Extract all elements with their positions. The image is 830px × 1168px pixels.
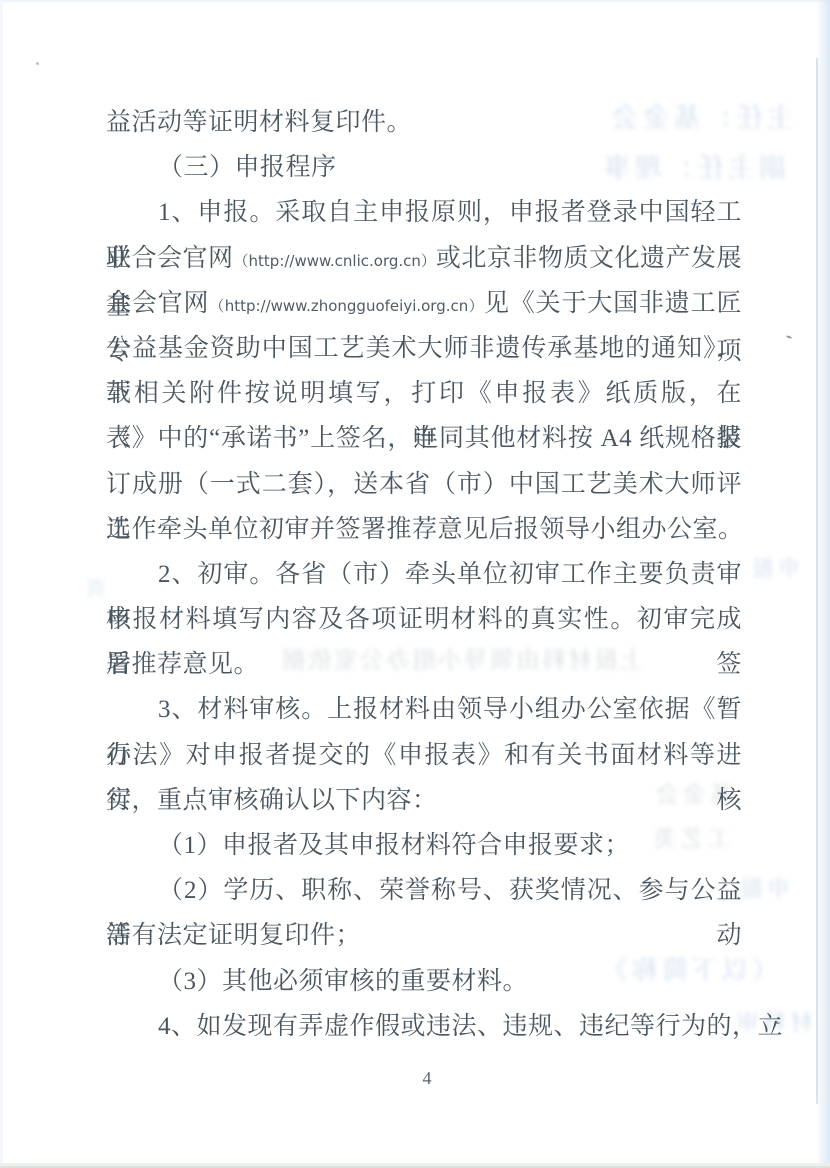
text-line: 载相关附件按说明填写，打印《申报表》纸质版，在《申报 bbox=[106, 371, 742, 416]
text-line: （三）申报程序 bbox=[106, 145, 742, 190]
text-line: 联合会官网（http://www.cnlic.org.cn）或北京非物质文化遗产… bbox=[106, 236, 742, 281]
text-line: 办法》对申报者提交的《申报表》和有关书面材料等进行核 bbox=[106, 733, 742, 778]
text-line: 工作牵头单位初审并签署推荐意见后报领导小组办公室。 bbox=[106, 507, 742, 552]
text-line: 申报材料填写内容及各项证明材料的真实性。初审完成后签 bbox=[106, 597, 742, 642]
scan-edge-shadow-line bbox=[816, 58, 818, 1104]
scan-edge-right bbox=[816, 0, 830, 1168]
text-line: （3）其他必须审核的重要材料。 bbox=[106, 959, 742, 1004]
bleedthrough-text: 申报 bbox=[748, 552, 800, 583]
text-line: （1）申报者及其申报材料符合申报要求； bbox=[106, 823, 742, 868]
bleedthrough-text: 申报 bbox=[736, 870, 790, 903]
document-page: 主任：基金会 副主任：理事 申报 上报材料由领导小组办公室依据 基金会 工艺美 … bbox=[0, 0, 830, 1168]
text-line: 益活动等证明材料复印件。 bbox=[106, 100, 742, 145]
bleedthrough-text: 页 bbox=[82, 572, 106, 601]
text-line: 2、初审。各省（市）牵头单位初审工作主要负责审核 bbox=[106, 552, 742, 597]
scan-edge-bottom bbox=[0, 1163, 830, 1168]
url-text: （http://www.zhongguofeiyi.org.cn） bbox=[209, 297, 484, 315]
text-line: 3、材料审核。上报材料由领导小组办公室依据《暂行 bbox=[106, 687, 742, 732]
url-text: （http://www.cnlic.org.cn） bbox=[234, 252, 436, 270]
text-line: 4、如发现有弄虚作假或违法、违规、违纪等行为的，立 bbox=[106, 1004, 742, 1049]
text-line: 公益基金资助中国工艺美术大师非遗传承基地的通知》，下 bbox=[106, 326, 742, 371]
text-line: 表》中的“承诺书”上签名，连同其他材料按 A4 纸规格装 bbox=[106, 416, 742, 461]
text-line: 金会官网（http://www.zhongguofeiyi.org.cn）见《关… bbox=[106, 281, 742, 326]
page-number: 4 bbox=[12, 1068, 830, 1089]
scan-speck bbox=[36, 62, 39, 65]
scan-edge-top bbox=[0, 0, 830, 2]
text-line: 订成册（一式二套），送本省（市）中国工艺美术大师评选 bbox=[106, 462, 742, 507]
scan-edge-left bbox=[0, 0, 3, 1168]
text-line: （2）学历、职称、荣誉称号、获奖情况、参与公益活动 bbox=[106, 868, 742, 913]
document-body: 益活动等证明材料复印件。（三）申报程序1、申报。采取自主申报原则，申报者登录中国… bbox=[106, 100, 742, 1049]
text-line: 1、申报。采取自主申报原则，申报者登录中国轻工业 bbox=[106, 190, 742, 235]
scan-speck bbox=[786, 335, 792, 339]
